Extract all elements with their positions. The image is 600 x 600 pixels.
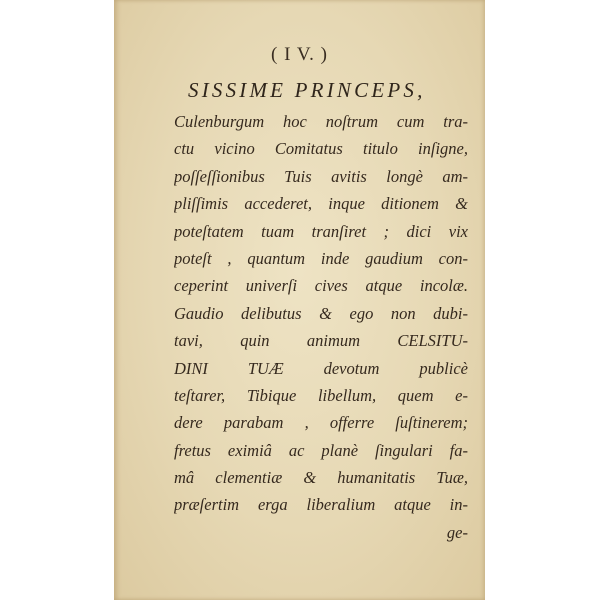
page-number: ( I V. ): [114, 44, 485, 66]
text-line: fretus eximiâ ac planè ſingulari fa-: [174, 437, 468, 464]
text-line: DINI TUÆ devotum publicè: [174, 355, 468, 382]
text-line: teſtarer, Tibique libellum, quem e-: [174, 382, 468, 409]
text-line: mâ clementiæ & humanitatis Tuæ,: [174, 464, 468, 491]
text-line: tavi, quin animum CELSITU-: [174, 327, 468, 354]
text-line: ctu vicino Comitatus titulo inſigne,: [174, 135, 468, 162]
catchword: ge-: [174, 519, 468, 546]
body-text: Culenburgum hoc noſtrum cum tra- ctu vic…: [174, 108, 468, 546]
text-line: Culenburgum hoc noſtrum cum tra-: [174, 108, 468, 135]
text-line: dere parabam , offerre ſuſtinerem;: [174, 409, 468, 436]
text-line: poſſeſſionibus Tuis avitis longè am-: [174, 163, 468, 190]
text-line: pliſſimis accederet, inque ditionem &: [174, 190, 468, 217]
text-line: ceperint univerſi cives atque incolæ.: [174, 272, 468, 299]
text-line: poteſt , quantum inde gaudium con-: [174, 245, 468, 272]
text-line: præſertim erga liberalium atque in-: [174, 491, 468, 518]
dedication-heading: SISSIME PRINCEPS,: [188, 78, 478, 103]
book-page: ( I V. ) SISSIME PRINCEPS, Culenburgum h…: [114, 0, 485, 600]
text-line: poteſtatem tuam tranſiret ; dici vix: [174, 218, 468, 245]
text-line: Gaudio delibutus & ego non dubi-: [174, 300, 468, 327]
